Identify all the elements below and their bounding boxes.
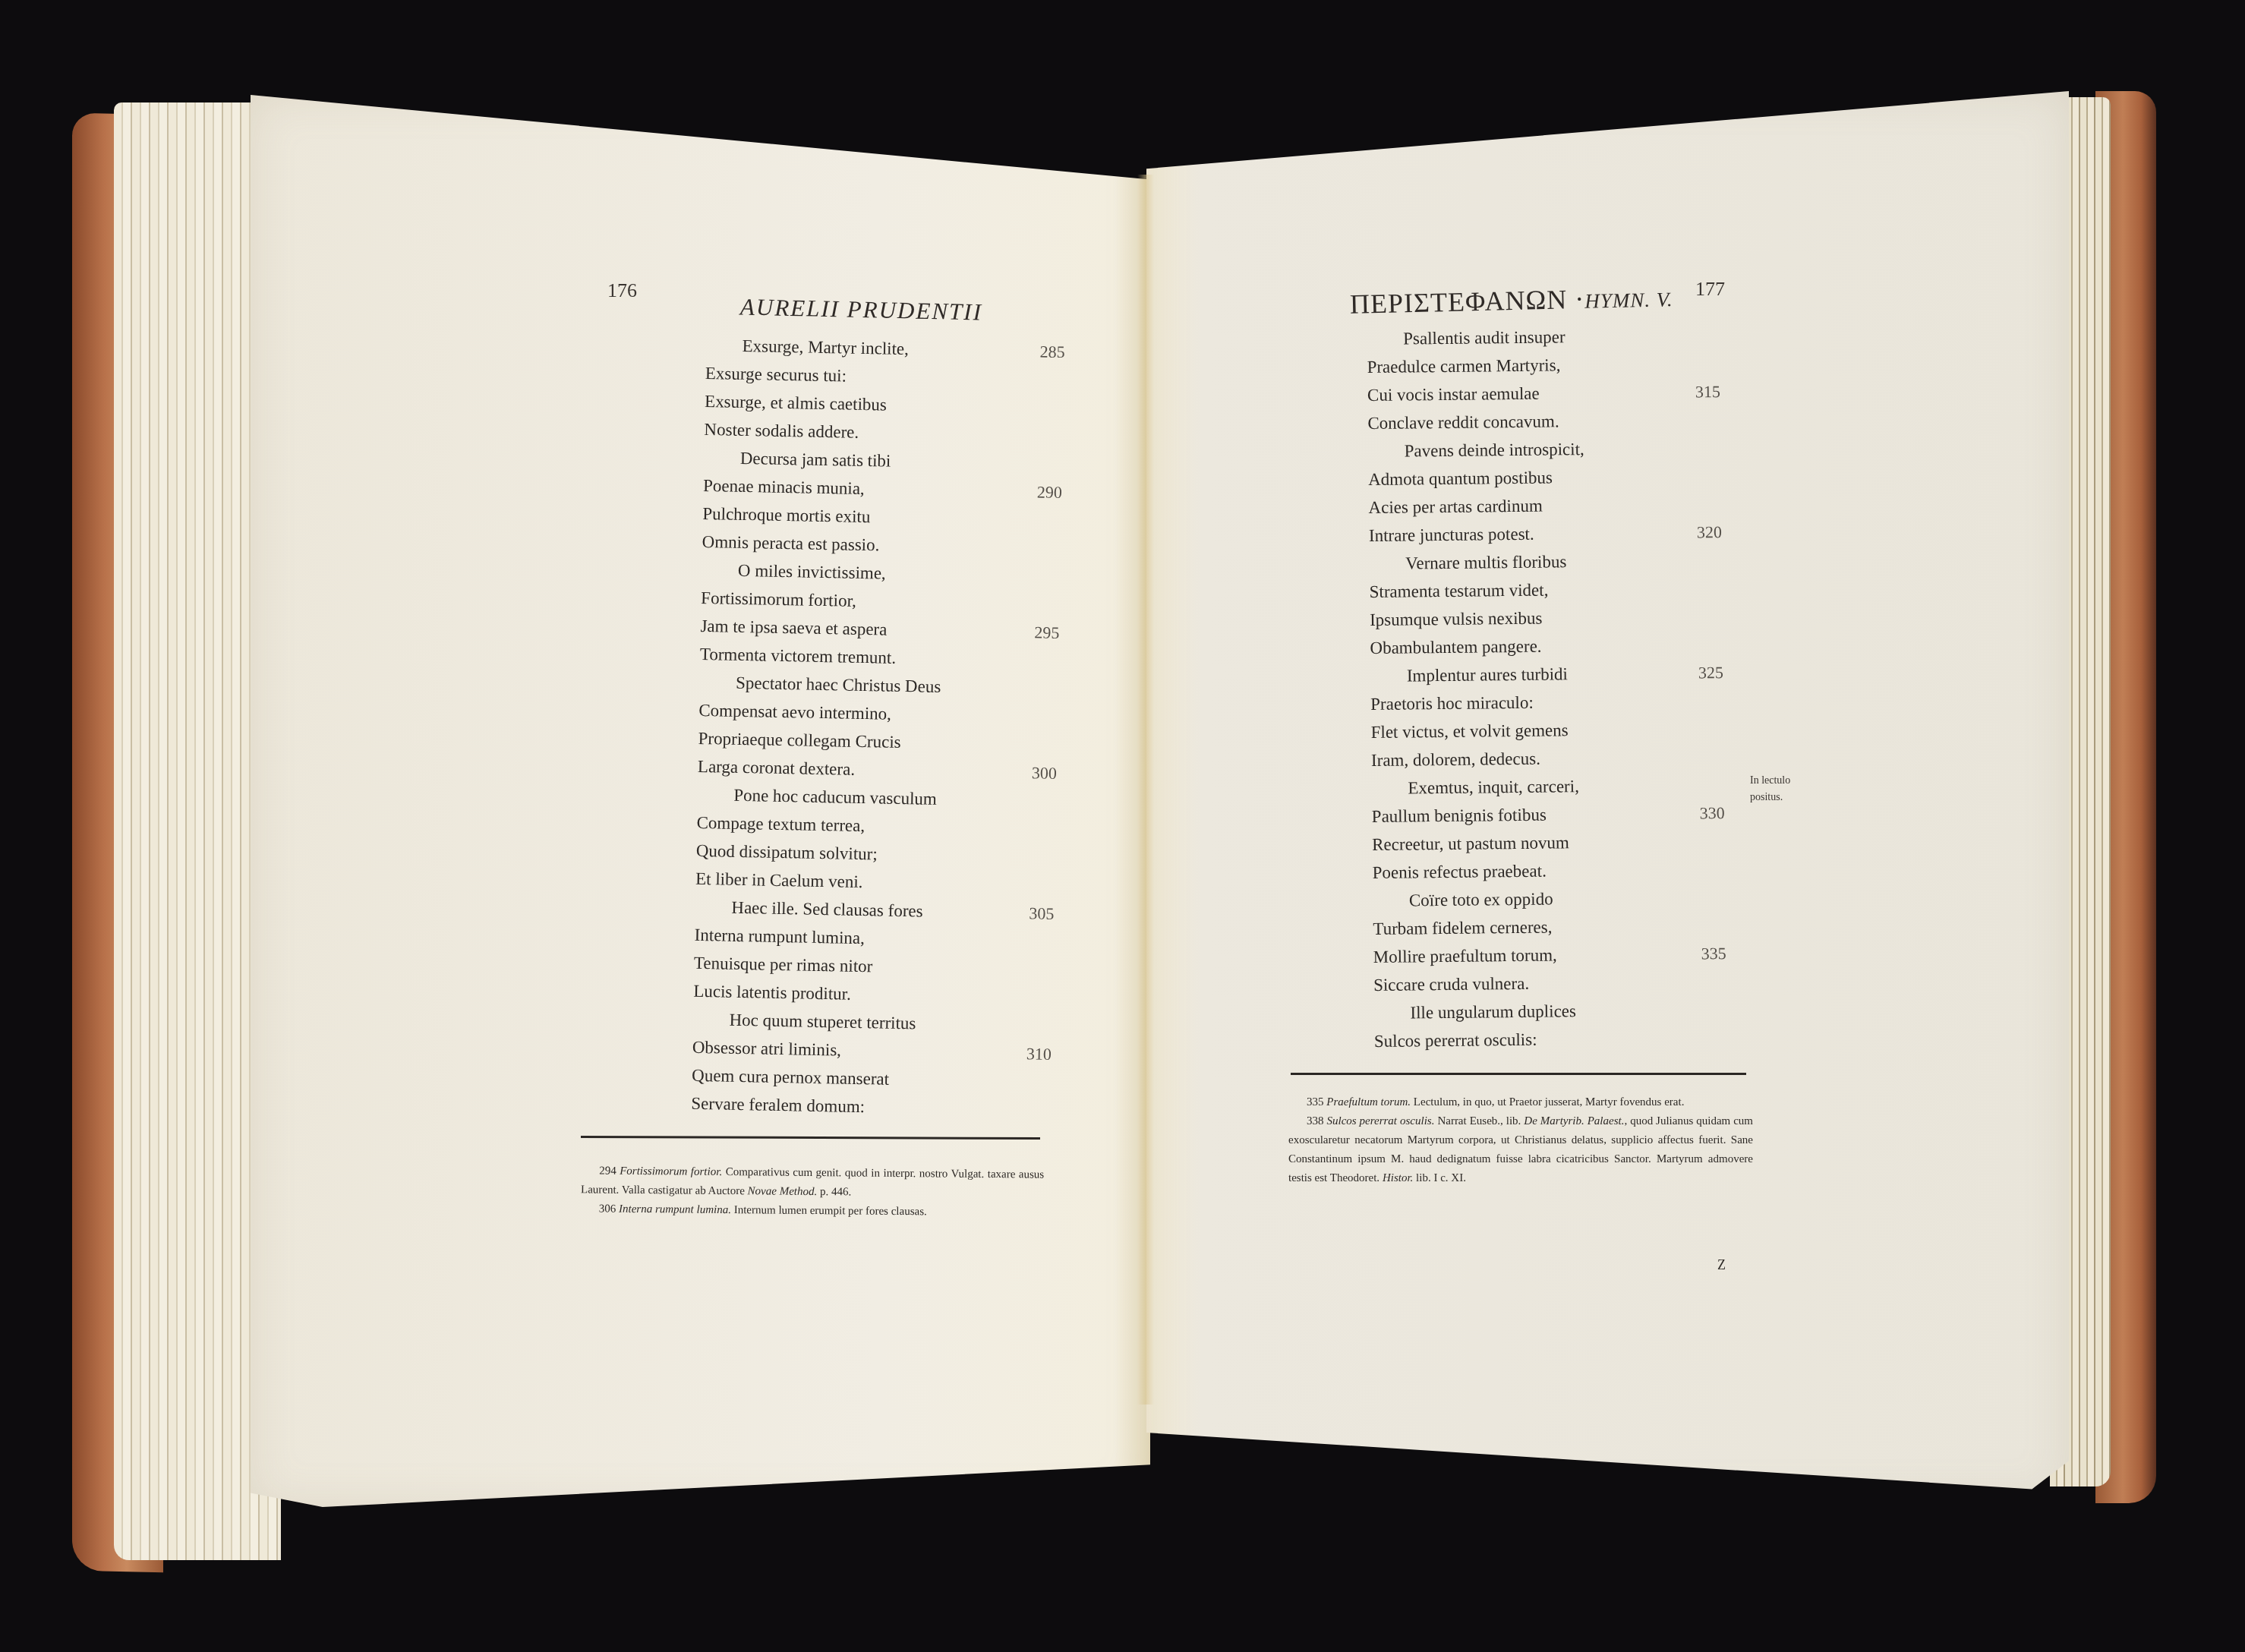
running-head-latin: HYMN. V.	[1584, 288, 1673, 313]
verse-line: Implentur aures turbidi325	[1370, 660, 1587, 690]
verse-line: Praetoris hoc miraculo:	[1370, 688, 1587, 718]
line-number: 325	[1698, 658, 1723, 686]
verse-line: Exemtus, inquit, carceri,	[1371, 772, 1588, 802]
verse-line: Exsurge securus tui:	[705, 359, 948, 392]
verse-text: Paullum benignis fotibus	[1372, 806, 1547, 826]
verse-line: Exsurge, Martyr inclite,285	[705, 331, 948, 364]
verse-line: Lucis latentis proditur.	[693, 977, 935, 1010]
verse-line: Hoc quum stuperet territus	[692, 1005, 935, 1038]
footnote-335: 335 Praefultum torum. Lectulum, in quo, …	[1288, 1093, 1753, 1112]
footnote-rule-right	[1291, 1073, 1746, 1075]
verse-line: Conclave reddit concavum.	[1367, 407, 1584, 437]
line-number: 300	[1032, 758, 1058, 787]
verse-text: Ipsumque vulsis nexibus	[1370, 609, 1543, 629]
verse-text: Implentur aures turbidi	[1407, 664, 1568, 685]
verse-line: Fortissimorum fortior,	[701, 584, 943, 616]
verse-line: Turbam fidelem cerneres,	[1373, 913, 1589, 943]
verse-line: Pone hoc caducum vasculum	[697, 780, 939, 813]
verse-line: Ipsumque vulsis nexibus	[1370, 604, 1586, 634]
line-number: 310	[1026, 1039, 1052, 1068]
verse-text: Stramenta testarum videt,	[1370, 581, 1549, 601]
verse-text: Quod dissipatum solvitur;	[696, 841, 878, 864]
verse-text: Praetoris hoc miraculo:	[1370, 693, 1534, 714]
signature-mark: Z	[1717, 1257, 1726, 1273]
verse-text: Iram, dolorem, dedecus.	[1371, 749, 1540, 770]
verse-text: Haec ille. Sed clausas fores	[731, 898, 923, 921]
verse-text: Spectator haec Christus Deus	[736, 673, 941, 696]
left-verse-block: Exsurge, Martyr inclite,285Exsurge secur…	[691, 331, 948, 1122]
verse-text: Fortissimorum fortior,	[701, 588, 856, 610]
verse-line: Interna rumpunt lumina,	[694, 921, 936, 954]
verse-text: Lucis latentis proditur.	[693, 982, 851, 1004]
verse-line: Et liber in Caelum veni.	[695, 865, 938, 897]
verse-line: Quem cura pernox manserat	[692, 1061, 934, 1094]
marginal-note: In lectulo positus.	[1750, 773, 1790, 806]
verse-text: Tormenta victorem tremunt.	[700, 645, 897, 667]
verse-line: Pulchroque mortis exitu	[702, 500, 944, 532]
verse-line: Exsurge, et almis caetibus	[705, 387, 947, 420]
line-number: 330	[1700, 799, 1725, 827]
verse-line: Noster sodalis addere.	[704, 415, 946, 448]
verse-line: Admota quantum postibus	[1368, 463, 1584, 493]
verse-text: Hoc quum stuperet territus	[729, 1010, 916, 1033]
footnote-294: 294 Fortissimorum fortior. Comparativus …	[581, 1162, 1044, 1203]
verse-line: Larga coronat dextera.300	[698, 752, 940, 785]
verse-text: Compage textum terrea,	[696, 813, 865, 835]
line-number: 315	[1695, 377, 1720, 405]
line-number: 320	[1697, 518, 1722, 546]
verse-line: Decursa jam satis tibi	[703, 443, 945, 476]
verse-line: Siccare cruda vulnera.	[1373, 969, 1590, 999]
verse-line: Ille ungularum duplices	[1373, 997, 1590, 1027]
verse-text: Servare feralem domum:	[691, 1094, 865, 1116]
verse-line: Pavens deinde introspicit,	[1368, 435, 1584, 465]
verse-text: Pone hoc caducum vasculum	[733, 786, 937, 809]
verse-line: Tormenta victorem tremunt.	[699, 640, 941, 673]
verse-line: Tenuisque per rimas nitor	[694, 949, 936, 982]
verse-text: Quem cura pernox manserat	[692, 1066, 889, 1089]
footnote-338: 338 Sulcos pererrat osculis. Narrat Euse…	[1288, 1112, 1753, 1188]
verse-line: Omnis peracta est passio.	[702, 528, 944, 560]
verse-text: Psallentis audit insuper	[1403, 327, 1566, 348]
verse-text: Siccare cruda vulnera.	[1373, 974, 1529, 995]
verse-text: Turbam fidelem cerneres,	[1373, 917, 1552, 938]
verse-text: Pulchroque mortis exitu	[702, 504, 870, 526]
verse-line: Flet victus, et volvit gemens	[1370, 716, 1587, 746]
running-head-left: AURELII PRUDENTII	[740, 293, 983, 326]
verse-line: Poenis refectus praebeat.	[1372, 856, 1588, 887]
verse-text: Admota quantum postibus	[1368, 468, 1553, 489]
page-number-left: 176	[607, 279, 637, 302]
right-verse-block: Psallentis audit insuperPraedulce carmen…	[1367, 323, 1591, 1055]
verse-line: Obsessor atri liminis,310	[692, 1033, 935, 1066]
line-number: 290	[1037, 478, 1063, 506]
line-number: 335	[1701, 939, 1726, 967]
line-number: 285	[1039, 337, 1065, 366]
verse-line: Compensat aevo intermino,	[698, 696, 941, 729]
verse-line: Compage textum terrea,	[696, 809, 938, 841]
verse-line: Coïre toto ex oppido	[1373, 884, 1589, 915]
verse-text: Decursa jam satis tibi	[740, 449, 891, 471]
verse-text: Mollire praefultum torum,	[1373, 945, 1557, 966]
verse-text: Conclave reddit concavum.	[1367, 411, 1559, 433]
verse-line: Spectator haec Christus Deus	[699, 668, 941, 701]
verse-text: Praedulce carmen Martyris,	[1367, 355, 1560, 377]
verse-text: Obsessor atri liminis,	[692, 1038, 842, 1060]
verse-text: O miles invictissime,	[738, 561, 886, 583]
verse-text: Vernare multis floribus	[1405, 552, 1566, 572]
verse-text: Jam te ipsa saeva et aspera	[700, 616, 887, 639]
footnotes-left: 294 Fortissimorum fortior. Comparativus …	[581, 1162, 1045, 1222]
verse-text: Et liber in Caelum veni.	[695, 869, 863, 891]
verse-text: Acies per artas cardinum	[1368, 497, 1543, 517]
verse-text: Exsurge, et almis caetibus	[705, 392, 887, 415]
verse-text: Recreetur, ut pastum novum	[1372, 833, 1569, 854]
verse-text: Noster sodalis addere.	[704, 420, 859, 442]
verse-line: Mollire praefultum torum,335	[1373, 941, 1590, 971]
verse-line: O miles invictissime,	[702, 556, 944, 588]
verse-line: Recreetur, ut pastum novum	[1372, 828, 1588, 859]
verse-text: Propriaeque collegam Crucis	[698, 729, 900, 752]
verse-line: Praedulce carmen Martyris,	[1367, 351, 1583, 381]
verse-line: Servare feralem domum:	[691, 1089, 933, 1122]
open-book: 176 AURELII PRUDENTII Exsurge, Martyr in…	[0, 0, 2245, 1652]
verse-line: Obambulantem pangere.	[1370, 632, 1586, 662]
footnote-306: 306 Interna rumpunt lumina. Internum lum…	[581, 1200, 1044, 1222]
verse-line: Paullum benignis fotibus330	[1372, 800, 1588, 831]
running-head-greek: ΠΕΡΙΣΤΕΦΑΝΩΝ	[1350, 284, 1568, 319]
verse-text: Larga coronat dextera.	[698, 757, 856, 779]
verse-line: Jam te ipsa saeva et aspera295	[700, 612, 942, 645]
book-gutter	[1137, 175, 1154, 1405]
line-number: 305	[1029, 899, 1055, 928]
verse-text: Poenae minacis munia,	[703, 476, 865, 498]
verse-text: Coïre toto ex oppido	[1409, 889, 1553, 910]
verse-line: Propriaeque collegam Crucis	[698, 724, 940, 757]
verse-line: Psallentis audit insuper	[1367, 323, 1583, 353]
verse-line: Cui vocis instar aemulae315	[1367, 379, 1584, 409]
verse-text: Omnis peracta est passio.	[702, 532, 879, 554]
verse-text: Exsurge, Martyr inclite,	[742, 336, 909, 358]
verse-text: Tenuisque per rimas nitor	[694, 954, 873, 976]
verse-text: Cui vocis instar aemulae	[1367, 384, 1540, 405]
verse-line: Poenae minacis munia,290	[703, 471, 945, 504]
verse-text: Flet victus, et volvit gemens	[1370, 720, 1568, 742]
verse-line: Sulcos pererrat osculis:	[1374, 1025, 1591, 1055]
verse-text: Exemtus, inquit, carceri,	[1408, 777, 1579, 797]
verse-line: Iram, dolorem, dedecus.	[1371, 744, 1588, 774]
verse-text: Poenis refectus praebeat.	[1372, 862, 1547, 882]
verse-text: Sulcos pererrat osculis:	[1374, 1030, 1537, 1051]
verse-text: Compensat aevo intermino,	[698, 701, 891, 724]
verse-line: Stramenta testarum videt,	[1369, 575, 1585, 606]
verse-text: Obambulantem pangere.	[1370, 637, 1541, 657]
verse-text: Ille ungularum duplices	[1410, 1001, 1576, 1022]
verse-text: Pavens deinde introspicit,	[1405, 440, 1584, 460]
verse-line: Intrare juncturas potest.320	[1369, 519, 1585, 550]
page-number-right: 177	[1695, 278, 1725, 301]
verse-line: Acies per artas cardinum	[1368, 491, 1584, 522]
verse-line: Vernare multis floribus	[1369, 547, 1585, 578]
verse-line: Haec ille. Sed clausas fores305	[695, 893, 937, 925]
verse-text: Intrare juncturas potest.	[1369, 525, 1534, 545]
line-number: 295	[1034, 618, 1060, 647]
footnotes-right: 335 Praefultum torum. Lectulum, in quo, …	[1288, 1093, 1753, 1188]
verse-text: Interna rumpunt lumina,	[694, 925, 865, 947]
verse-text: Exsurge securus tui:	[705, 364, 847, 386]
verse-line: Quod dissipatum solvitur;	[696, 837, 938, 869]
